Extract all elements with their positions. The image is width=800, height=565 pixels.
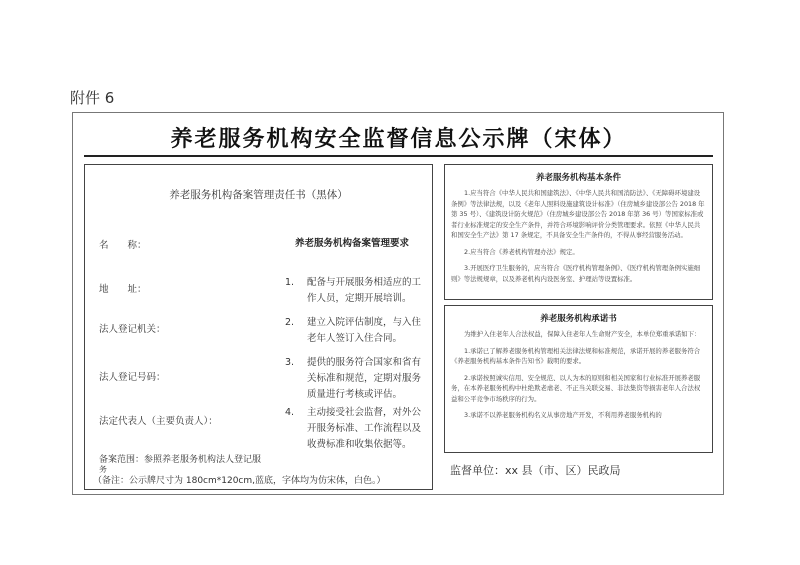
requirement-item: 1. 配备与开展服务相适应的工作人员，定期开展培训。 bbox=[285, 275, 425, 307]
requirement-item: 2. 建立入院评估制度，与入住老年人签订入住合同。 bbox=[285, 315, 425, 347]
field-registration-number: 法人登记号码： bbox=[99, 369, 166, 383]
panel-title: 养老服务机构备案管理责任书（黑体） bbox=[85, 187, 432, 202]
requirements-heading: 养老服务机构备案管理要求 bbox=[295, 235, 409, 249]
requirement-text: 建立入院评估制度，与入住老年人签订入住合同。 bbox=[307, 315, 425, 347]
commitment-paragraph: 2.承诺按照诚实信用、安全规范、以人为本的原则和相关国家和行业标准开展养老服务，… bbox=[445, 373, 712, 405]
page-title: 养老服务机构安全监督信息公示牌（宋体） bbox=[84, 126, 713, 154]
commitment-paragraph: 1.承诺已了解养老服务机构管理相关法律法规和标准规范，承诺开展的养老服务符合《养… bbox=[445, 346, 712, 367]
commitment-letter-panel: 养老服务机构承诺书 为维护入住老年人合法权益，保障入住老年人生命财产安全，本单位… bbox=[444, 305, 713, 453]
field-legal-representative: 法定代表人（主要负责人）： bbox=[99, 413, 218, 427]
condition-paragraph: 1.应当符合《中华人民共和国建筑法》、《中华人民共和国消防法》、《无障碍环境建设… bbox=[445, 188, 712, 241]
requirement-text: 配备与开展服务相适应的工作人员，定期开展培训。 bbox=[307, 275, 425, 307]
condition-paragraph: 2.应当符合《养老机构管理办法》规定。 bbox=[445, 247, 712, 258]
commitment-paragraph: 3.承诺不以养老服务机构名义从事房地产开发，不利用养老服务机构的 bbox=[445, 410, 712, 421]
filing-responsibility-panel: 养老服务机构备案管理责任书（黑体） 名 称： 地 址： 法人登记机关： 法人登记… bbox=[84, 164, 433, 490]
commitment-paragraph: 为维护入住老年人合法权益，保障入住老年人生命财产安全，本单位郑重承诺如下： bbox=[445, 329, 712, 340]
supervising-unit: 监督单位：xx 县（市、区）民政局 bbox=[450, 462, 621, 478]
attachment-label: 附件 6 bbox=[70, 87, 114, 108]
requirement-text: 提供的服务符合国家和省有关标准和规范，定期对服务质量进行考核或评估。 bbox=[307, 355, 425, 403]
panel-title: 养老服务机构基本条件 bbox=[445, 171, 712, 183]
panel-title: 养老服务机构承诺书 bbox=[445, 312, 712, 324]
basic-conditions-panel: 养老服务机构基本条件 1.应当符合《中华人民共和国建筑法》、《中华人民共和国消防… bbox=[444, 164, 713, 300]
requirement-number: 3. bbox=[285, 355, 307, 403]
requirement-number: 1. bbox=[285, 275, 307, 307]
filing-scope: 备案范围：参照养老服务机构法人登记服 bbox=[99, 452, 261, 465]
condition-paragraph: 3.开展医疗卫生服务的，应当符合《医疗机构管理条例》、《医疗机构管理条例实施细则… bbox=[445, 263, 712, 284]
requirement-text: 主动接受社会监督，对外公开服务标准、工作流程以及收费标准和收集依据等。 bbox=[307, 405, 425, 453]
requirement-item: 3. 提供的服务符合国家和省有关标准和规范，定期对服务质量进行考核或评估。 bbox=[285, 355, 425, 403]
title-divider bbox=[84, 155, 713, 157]
requirement-number: 2. bbox=[285, 315, 307, 347]
requirement-number: 4. bbox=[285, 405, 307, 453]
field-registration-authority: 法人登记机关： bbox=[99, 321, 166, 335]
field-name: 名 称： bbox=[99, 237, 147, 251]
requirement-item: 4. 主动接受社会监督，对外公开服务标准、工作流程以及收费标准和收集依据等。 bbox=[285, 405, 425, 453]
remark-note: （备注：公示牌尺寸为 180cm*120cm,蓝底，字体均为仿宋体，白色。） bbox=[93, 473, 386, 486]
field-address: 地 址： bbox=[99, 281, 147, 295]
